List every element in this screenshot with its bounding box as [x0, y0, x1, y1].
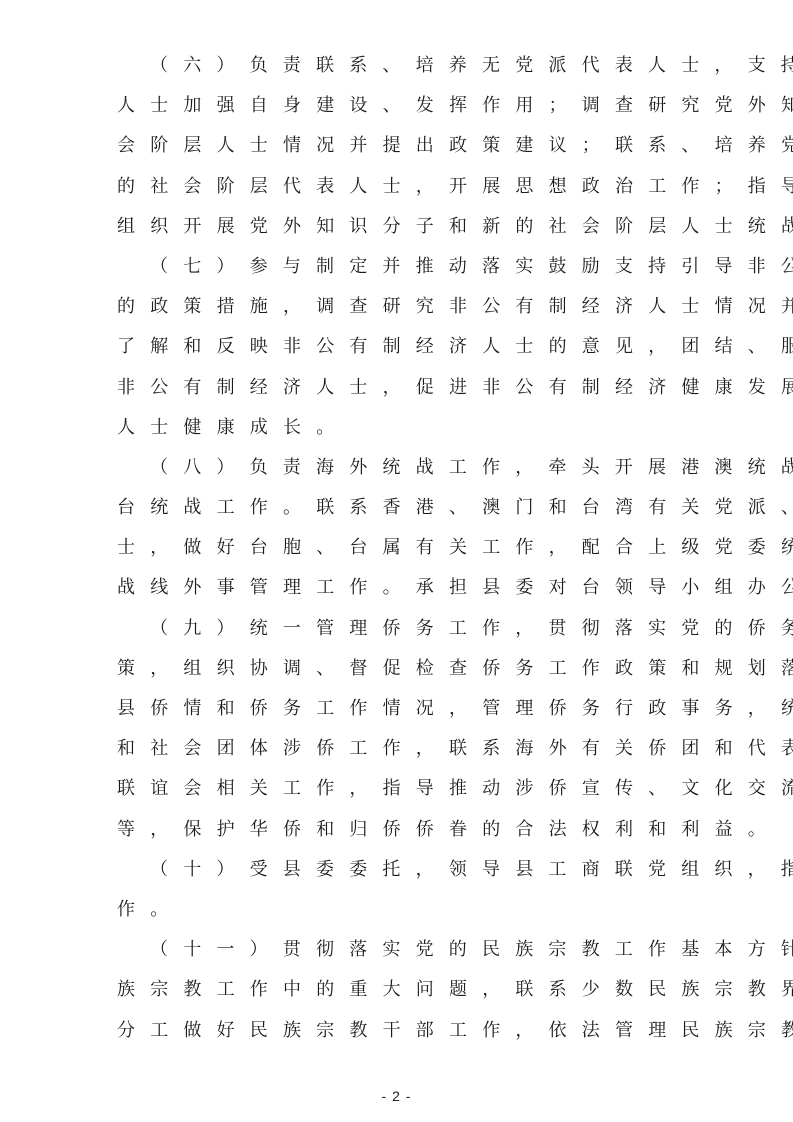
paragraph-line: 县侨情和侨务工作情况，管理侨务行政事务，统筹协调有关部门	[117, 689, 687, 729]
paragraph-line: 士，做好台胞、台属有关工作，配合上级党委统战部门做好统一	[117, 528, 687, 568]
paragraph-line: 分工做好民族宗教干部工作，依法管理民族宗教事务；组织开展	[117, 1011, 687, 1051]
paragraph-line: 人士健康成长。	[117, 408, 687, 448]
paragraph-line: 的政策措施，调查研究非公有制经济人士情况并提出政策建议，	[117, 287, 687, 327]
paragraph-line: 非公有制经济人士，促进非公有制经济健康发展和非公有制经济	[117, 368, 687, 408]
paragraph-line: 联谊会相关工作，指导推动涉侨宣传、文化交流、华文教育工作	[117, 769, 687, 809]
paragraph-line: （六）负责联系、培养无党派代表人士，支持、帮助无党派	[117, 46, 687, 86]
page-number: - 2 -	[0, 1088, 793, 1104]
paragraph-item-9: （九）统一管理侨务工作，贯彻落实党的侨务工作方针政 策，组织协调、督促检查侨务工…	[117, 609, 687, 850]
paragraph-line: 和社会团体涉侨工作，联系海外有关侨团和代表人士，指导华侨	[117, 729, 687, 769]
paragraph-line: 会阶层人士情况并提出政策建议；联系、培养党外知识分子和新	[117, 126, 687, 166]
paragraph-line: 等，保护华侨和归侨侨眷的合法权利和利益。	[117, 810, 687, 850]
paragraph-line: 组织开展党外知识分子和新的社会阶层人士统战工作。	[117, 207, 687, 247]
paragraph-line: 战线外事管理工作。承担县委对台领导小组办公室日常工作。	[117, 568, 687, 608]
paragraph-line: （八）负责海外统战工作，牵头开展港澳统战工作，开展对	[117, 448, 687, 488]
paragraph-item-8: （八）负责海外统战工作，牵头开展港澳统战工作，开展对 台统战工作。联系香港、澳门…	[117, 448, 687, 609]
paragraph-line: 的社会阶层代表人士，开展思想政治工作；指导有关单位和社会	[117, 167, 687, 207]
document-page: （六）负责联系、培养无党派代表人士，支持、帮助无党派 人士加强自身建设、发挥作用…	[0, 0, 793, 1122]
paragraph-line: 台统战工作。联系香港、澳门和台湾有关党派、团体及代表人	[117, 488, 687, 528]
paragraph-line: 了解和反映非公有制经济人士的意见，团结、服务、引导、教育	[117, 327, 687, 367]
paragraph-item-10: （十）受县委委托，领导县工商联党组织，指导县工商联工 作。	[117, 850, 687, 930]
paragraph-item-6: （六）负责联系、培养无党派代表人士，支持、帮助无党派 人士加强自身建设、发挥作用…	[117, 46, 687, 247]
document-body: （六）负责联系、培养无党派代表人士，支持、帮助无党派 人士加强自身建设、发挥作用…	[117, 46, 687, 1051]
paragraph-item-7: （七）参与制定并推动落实鼓励支持引导非公有制经济发展 的政策措施，调查研究非公有…	[117, 247, 687, 448]
paragraph-line: 族宗教工作中的重大问题，联系少数民族宗教界代表人士，根据	[117, 970, 687, 1010]
paragraph-line: （七）参与制定并推动落实鼓励支持引导非公有制经济发展	[117, 247, 687, 287]
paragraph-line: （十一）贯彻落实党的民族宗教工作基本方针政策，处理民	[117, 930, 687, 970]
paragraph-line: 作。	[117, 890, 687, 930]
paragraph-line: （九）统一管理侨务工作，贯彻落实党的侨务工作方针政	[117, 609, 687, 649]
paragraph-line: 人士加强自身建设、发挥作用；调查研究党外知识分子和新的社	[117, 86, 687, 126]
paragraph-line: （十）受县委委托，领导县工商联党组织，指导县工商联工	[117, 850, 687, 890]
paragraph-line: 策，组织协调、督促检查侨务工作政策和规划落实，调查研究全	[117, 649, 687, 689]
paragraph-item-11: （十一）贯彻落实党的民族宗教工作基本方针政策，处理民 族宗教工作中的重大问题，联…	[117, 930, 687, 1051]
